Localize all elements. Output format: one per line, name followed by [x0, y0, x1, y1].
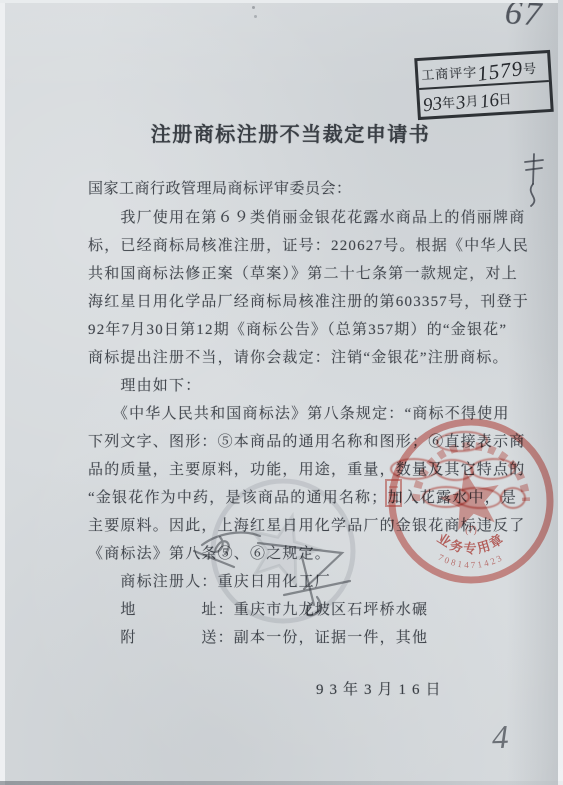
body-line: “金银花作为中药，是该商品的通用名称；加入花露水中，是 — [88, 484, 538, 512]
handwritten-bottom-mark: 4 — [491, 720, 509, 758]
scan-edge — [0, 0, 5, 785]
scanned-document-page: 67 工商评字 1579 号 93 年 3 月 16 日 注册商标注册不当裁定申… — [0, 0, 563, 785]
scan-edge — [0, 781, 563, 785]
salutation: 国家工商行政管理局商标评审委员会： — [88, 177, 352, 198]
body-line: 理由如下： — [88, 372, 538, 400]
body-line: 品的质量，主要原料，功能，用途，重量，数量及其它特点的 — [88, 456, 538, 484]
filing-stamp-day-handwritten: 16 — [478, 91, 499, 112]
body-line: 附 送：副本一份，证据一件，其他 — [88, 624, 538, 652]
filing-stamp-month-label: 月 — [465, 90, 480, 110]
body-line: 共和国商标法修正案（草案）》第二十七条第一款规定，对上 — [88, 260, 538, 288]
body-line: 地 址：重庆市九龙坡区石坪桥水碾 — [88, 596, 538, 624]
document-body: 我厂使用在第６９类俏丽金银花花露水商品上的俏丽牌商 标，已经商标局核准注册，证号… — [88, 204, 538, 652]
scan-edge — [558, 0, 563, 785]
scan-edge — [0, 0, 563, 3]
body-line: 主要原料。因此，上海红星日用化学品厂的金银花商标违反了 — [88, 512, 538, 540]
document-title: 注册商标注册不当裁定申请书 — [0, 118, 563, 147]
handwritten-page-number: 67 — [504, 0, 563, 36]
filing-stamp-prefix: 工商评字 — [421, 61, 478, 83]
document-date: 93年3月16日 — [316, 678, 447, 699]
body-line: 海红星日用化学品厂经商标局核准注册的第603357号，刊登于 — [88, 288, 538, 316]
filing-stamp-number-handwritten: 1579 — [476, 58, 524, 85]
filing-stamp-day-label: 日 — [498, 88, 513, 108]
body-line: 标，已经商标局核准注册，证号：220627号。根据《中华人民 — [88, 232, 538, 260]
filing-stamp-month-handwritten: 3 — [455, 93, 467, 113]
filing-stamp-box: 工商评字 1579 号 93 年 3 月 16 日 — [414, 50, 554, 120]
filing-stamp-suffix: 号 — [522, 58, 537, 78]
body-line: 商标提出注册不当，请你会裁定：注销“金银花”注册商标。 — [88, 344, 538, 372]
body-line: 我厂使用在第６９类俏丽金银花花露水商品上的俏丽牌商 — [88, 204, 538, 232]
body-line: 下列文字、图形：⑤本商品的通用名称和图形；⑥直接表示商 — [88, 428, 538, 456]
body-line: 商标注册人：重庆日用化工厂 — [88, 568, 538, 596]
body-line: 92年7月30日第12期《商标公告》（总第357期）的“金银花” — [88, 316, 538, 344]
filing-stamp-year-handwritten: 93 — [422, 94, 443, 115]
body-line: 《中华人民共和国商标法》第八条规定：“商标不得使用 — [88, 400, 538, 428]
margin-handwritten-mark — [521, 150, 547, 212]
pencil-speck — [252, 6, 255, 9]
body-line: 《商标法》第八条⑤、⑥之规定。 — [88, 540, 538, 568]
